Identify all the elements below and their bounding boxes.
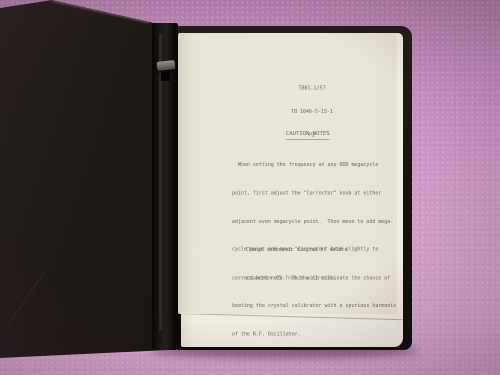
paragraph-line: When setting the frequency at any ODD me… (232, 160, 396, 169)
header-line: TB01-1/57 (250, 85, 374, 93)
document-note: Change schematic diagram to delete capac… (246, 226, 348, 301)
paragraph-line: point, first adjust the "Corrector" knob… (232, 188, 396, 197)
paragraph-line: adjacent even megacycle point. Then move… (232, 216, 396, 225)
paragraph-line: of the R.F. Oscillator. (232, 330, 396, 339)
document-title-text: CAUTION NOTES (286, 129, 330, 140)
paragraph-line: beating the crystal calibrator with a sp… (232, 301, 396, 310)
photo-scene: TB01-1/57 TB 1046-5-15-1 P2 CAUTION NOTE… (0, 0, 500, 375)
header-line: TB 1046-5-15-1 (250, 108, 374, 116)
binder-clip (157, 60, 176, 71)
binder-clip-slot (161, 72, 170, 81)
note-line: capacitor C5 from the circuit. (246, 273, 348, 282)
note-line: Change schematic diagram to delete (246, 245, 348, 254)
